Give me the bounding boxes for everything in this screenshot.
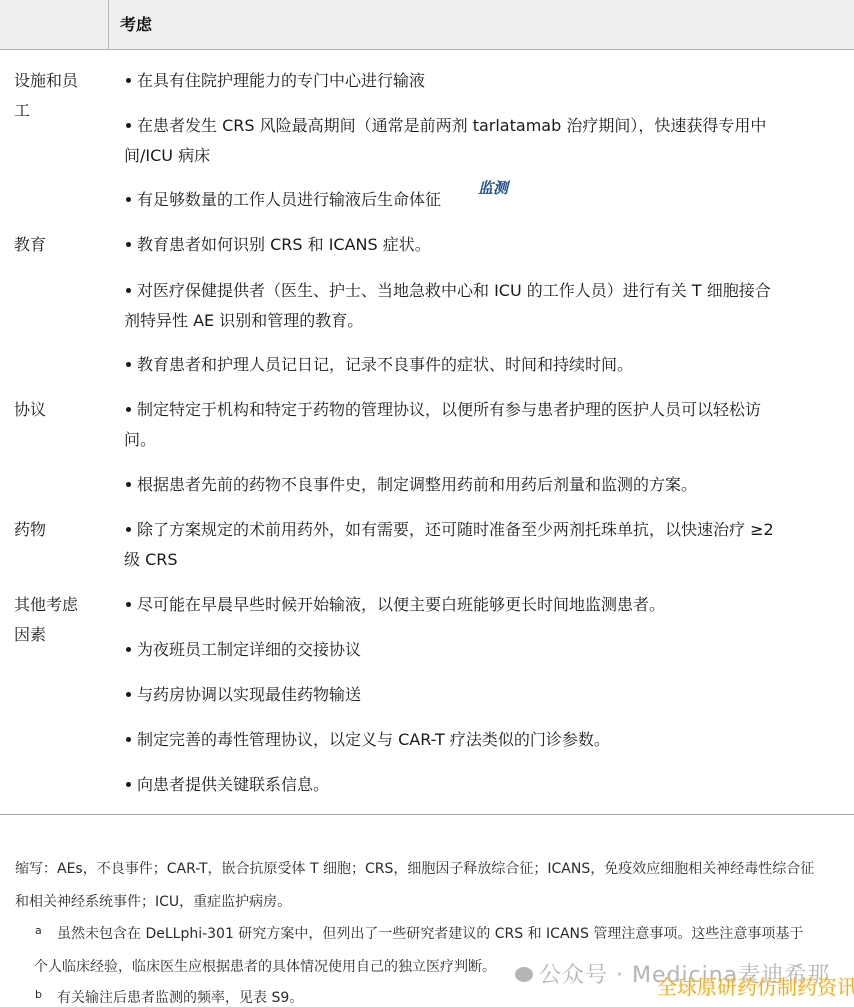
bullet-dot-icon: [126, 602, 131, 607]
bullet-dot-icon: [126, 362, 131, 367]
bullet-dot-icon: [126, 782, 131, 787]
bullet-dot-icon: [126, 737, 131, 742]
header-cell-considerations: 考虑: [120, 12, 152, 35]
row-label-line: 因素: [14, 620, 100, 650]
row-label-line: 协议: [14, 395, 100, 425]
footnote-a-line1: 虽然未包含在 DeLLphi-301 研究方案中，但列出了一些研究者建议的 CR…: [57, 924, 803, 944]
row-label-protocols: 协议: [14, 395, 100, 425]
row-label-line: 教育: [14, 230, 100, 260]
bullet-text: 在患者发生 CRS 风险最高期间（通常是前两剂 tarlatamab 治疗期间）…: [137, 116, 766, 135]
bullet-text: 在具有住院护理能力的专门中心进行输液: [137, 71, 425, 90]
bullet-dot-icon: [126, 407, 131, 412]
bullet-text-continued: 问。: [124, 425, 834, 455]
bullet-text: 除了方案规定的术前用药外，如有需要，还可随时准备至少两剂托珠单抗，以快速治疗 ≥…: [137, 520, 774, 539]
bullet-text: 教育患者和护理人员记日记，记录不良事件的症状、时间和持续时间。: [137, 355, 633, 374]
bullet-dot-icon: [126, 482, 131, 487]
wechat-icon: [515, 967, 533, 982]
bullet-item: 为夜班员工制定详细的交接协议: [124, 635, 834, 665]
header-cell-category: [0, 0, 109, 49]
bullet-text: 与药房协调以实现最佳药物输送: [137, 685, 361, 704]
row-label-line: 工: [14, 96, 100, 126]
row-label-other-considerations: 其他考虑 因素: [14, 590, 100, 650]
footnote-abbreviations-line2: 和相关神经系统事件；ICU，重症监护病房。: [15, 892, 291, 912]
row-label-line: 设施和员: [14, 66, 100, 96]
bullet-dot-icon: [126, 288, 131, 293]
footnote-b-line1: 有关输注后患者监测的频率，见表 S9。: [57, 988, 303, 1007]
bullet-item: 制定完善的毒性管理协议，以定义与 CAR-T 疗法类似的门诊参数。: [124, 725, 834, 755]
monitoring-footnote-link[interactable]: 监测: [478, 177, 508, 198]
bullet-text: 教育患者如何识别 CRS 和 ICANS 症状。: [137, 235, 431, 254]
bullet-dot-icon: [126, 78, 131, 83]
bullet-dot-icon: [126, 692, 131, 697]
table-bottom-divider: [0, 814, 854, 815]
bullet-text: 制定完善的毒性管理协议，以定义与 CAR-T 疗法类似的门诊参数。: [137, 730, 610, 749]
bullet-dot-icon: [126, 197, 131, 202]
bullet-dot-icon: [126, 647, 131, 652]
table-header: 考虑: [0, 0, 854, 50]
bullet-item: 向患者提供关键联系信息。: [124, 770, 834, 800]
bullet-text: 对医疗保健提供者（医生、护士、当地急救中心和 ICU 的工作人员）进行有关 T …: [137, 281, 771, 300]
watermark-tagline: 全球原研药仿制药资讯: [657, 971, 854, 1000]
row-label-medications: 药物: [14, 515, 100, 545]
bullet-text: 根据患者先前的药物不良事件史，制定调整用药前和用药后剂量和监测的方案。: [137, 475, 697, 494]
footnote-abbreviations-line1: 缩写：AEs，不良事件；CAR-T，嵌合抗原受体 T 细胞；CRS，细胞因子释放…: [15, 859, 814, 879]
bullet-item: 对医疗保健提供者（医生、护士、当地急救中心和 ICU 的工作人员）进行有关 T …: [124, 276, 834, 336]
bullet-dot-icon: [126, 123, 131, 128]
bullet-text-continued: 级 CRS: [124, 545, 834, 575]
bullet-text-continued: 间/ICU 病床: [124, 141, 834, 171]
bullet-dot-icon: [126, 242, 131, 247]
bullet-item: 尽可能在早晨早些时候开始输液，以便主要白班能够更长时间地监测患者。: [124, 590, 834, 620]
row-label-education: 教育: [14, 230, 100, 260]
bullet-text-continued: 剂特异性 AE 识别和管理的教育。: [124, 306, 834, 336]
row-label-line: 其他考虑: [14, 590, 100, 620]
bullet-item: 除了方案规定的术前用药外，如有需要，还可随时准备至少两剂托珠单抗，以快速治疗 ≥…: [124, 515, 834, 575]
footnote-a-line2: 个人临床经验，临床医生应根据患者的具体情况使用自己的独立医疗判断。: [34, 957, 496, 977]
bullet-text: 为夜班员工制定详细的交接协议: [137, 640, 361, 659]
bullet-item: 根据患者先前的药物不良事件史，制定调整用药前和用药后剂量和监测的方案。: [124, 470, 834, 500]
bullet-item: 教育患者如何识别 CRS 和 ICANS 症状。: [124, 230, 834, 260]
bullet-text: 有足够数量的工作人员进行输液后生命体征: [137, 190, 441, 209]
bullet-text: 尽可能在早晨早些时候开始输液，以便主要白班能够更长时间地监测患者。: [137, 595, 665, 614]
bullet-text: 向患者提供关键联系信息。: [137, 775, 329, 794]
row-label-line: 药物: [14, 515, 100, 545]
bullet-dot-icon: [126, 527, 131, 532]
footnote-marker-b: b: [35, 988, 42, 1001]
bullet-item: 在患者发生 CRS 风险最高期间（通常是前两剂 tarlatamab 治疗期间）…: [124, 111, 834, 171]
bullet-item: 在具有住院护理能力的专门中心进行输液: [124, 66, 834, 96]
bullet-text: 制定特定于机构和特定于药物的管理协议，以便所有参与患者护理的医护人员可以轻松访: [137, 400, 761, 419]
bullet-item: 教育患者和护理人员记日记，记录不良事件的症状、时间和持续时间。: [124, 350, 834, 380]
bullet-item: 与药房协调以实现最佳药物输送: [124, 680, 834, 710]
row-label-facilities: 设施和员 工: [14, 66, 100, 126]
bullet-item: 制定特定于机构和特定于药物的管理协议，以便所有参与患者护理的医护人员可以轻松访 …: [124, 395, 834, 455]
footnote-marker-a: a: [35, 924, 42, 937]
